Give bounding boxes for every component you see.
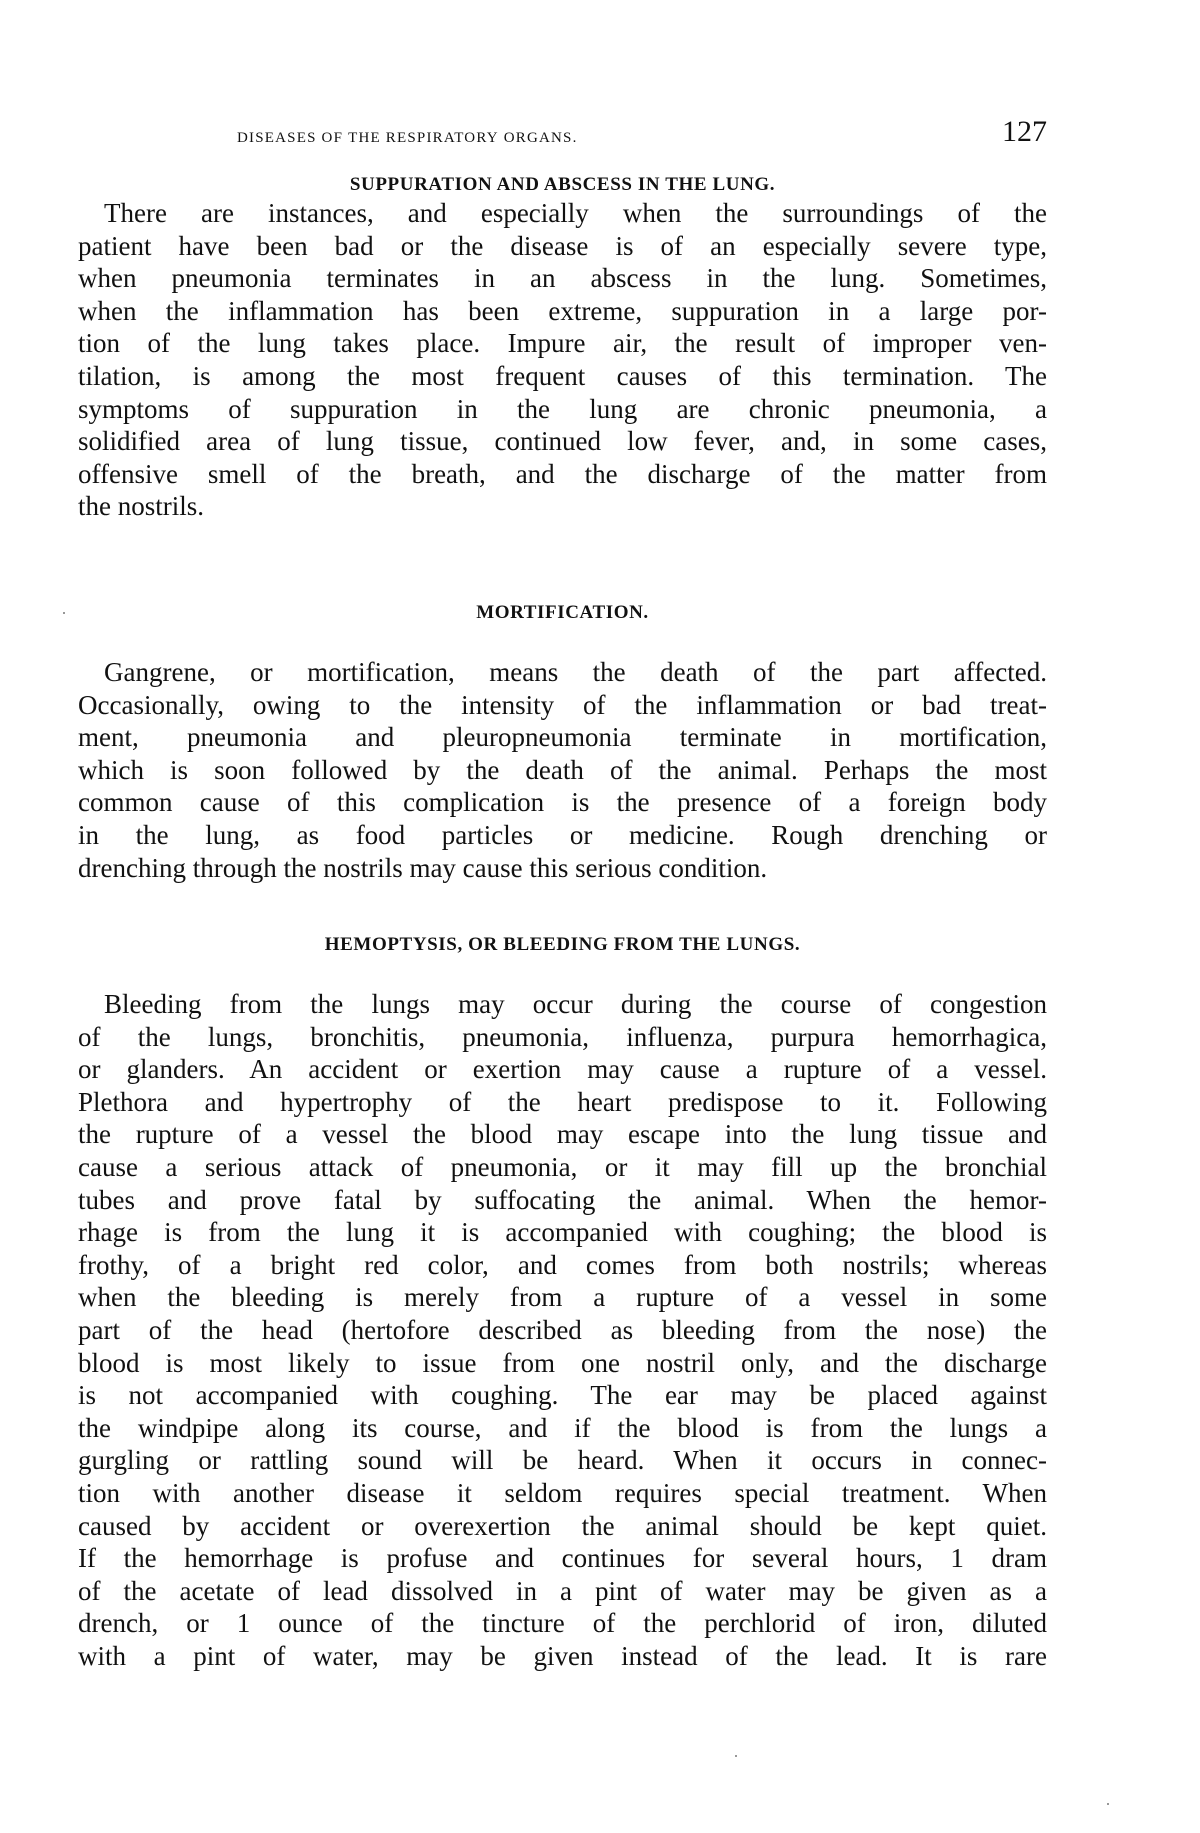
text-line: the windpipe along its course, and if th… — [78, 1412, 1047, 1445]
running-title: DISEASES OF THE RESPIRATORY ORGANS. — [237, 123, 578, 148]
paragraph-hemoptysis: Bleeding from the lungs may occur during… — [78, 988, 1047, 1672]
text-line: If the hemorrhage is profuse and continu… — [78, 1542, 1047, 1575]
text-line: Gangrene, or mortification, means the de… — [78, 656, 1047, 689]
text-line: in the lung, as food particles or medici… — [78, 819, 1047, 852]
text-line: drench, or 1 ounce of the tincture of th… — [78, 1607, 1047, 1640]
text-line: Occasionally, owing to the intensity of … — [78, 689, 1047, 722]
scan-speck — [1107, 1803, 1109, 1805]
text-line: tilation, is among the most frequent cau… — [78, 360, 1047, 393]
paragraph-mortification: Gangrene, or mortification, means the de… — [78, 656, 1047, 884]
text-line: There are instances, and especially when… — [78, 197, 1047, 230]
text-line: offensive smell of the breath, and the d… — [78, 458, 1047, 491]
text-line: when the inflammation has been extreme, … — [78, 295, 1047, 328]
text-line: tion with another disease it seldom requ… — [78, 1477, 1047, 1510]
text-line: patient have been bad or the disease is … — [78, 230, 1047, 263]
text-line: symptoms of suppuration in the lung are … — [78, 393, 1047, 426]
text-line: tion of the lung takes place. Impure air… — [78, 327, 1047, 360]
text-line: or glanders. An accident or exertion may… — [78, 1053, 1047, 1086]
text-line: when pneumonia terminates in an abscess … — [78, 262, 1047, 295]
text-line: gurgling or rattling sound will be heard… — [78, 1444, 1047, 1477]
text-line: blood is most likely to issue from one n… — [78, 1347, 1047, 1380]
text-line: with a pint of water, may be given inste… — [78, 1640, 1047, 1673]
text-line: of the lungs, bronchitis, pneumonia, inf… — [78, 1021, 1047, 1054]
text-line: caused by accident or overexertion the a… — [78, 1510, 1047, 1543]
text-line: common cause of this complication is the… — [78, 786, 1047, 819]
scan-speck — [735, 1755, 737, 1757]
text-line: solidified area of lung tissue, continue… — [78, 425, 1047, 458]
text-line: frothy, of a bright red color, and comes… — [78, 1249, 1047, 1282]
text-line: rhage is from the lung it is accompanied… — [78, 1216, 1047, 1249]
text-line: of the acetate of lead dissolved in a pi… — [78, 1575, 1047, 1608]
text-line: when the bleeding is merely from a ruptu… — [78, 1281, 1047, 1314]
scan-speck — [63, 612, 65, 614]
section-heading-hemoptysis: HEMOPTYSIS, OR BLEEDING FROM THE LUNGS. — [78, 934, 1047, 956]
text-line: part of the head (hertofore described as… — [78, 1314, 1047, 1347]
text-line: the rupture of a vessel the blood may es… — [78, 1118, 1047, 1151]
section-heading-mortification: MORTIFICATION. — [78, 602, 1047, 624]
text-line: which is soon followed by the death of t… — [78, 754, 1047, 787]
text-line: tubes and prove fatal by suffocating the… — [78, 1184, 1047, 1217]
paragraph-suppuration: There are instances, and especially when… — [78, 197, 1047, 523]
text-line: Bleeding from the lungs may occur during… — [78, 988, 1047, 1021]
text-line: Plethora and hypertrophy of the heart pr… — [78, 1086, 1047, 1119]
running-head: DISEASES OF THE RESPIRATORY ORGANS. 127 — [78, 119, 1047, 149]
text-line: is not accompanied with coughing. The ea… — [78, 1379, 1047, 1412]
text-line: drenching through the nostrils may cause… — [78, 852, 1047, 885]
section-heading-suppuration: SUPPURATION AND ABSCESS IN THE LUNG. — [78, 174, 1047, 196]
text-line: ment, pneumonia and pleuropneumonia term… — [78, 721, 1047, 754]
page-number: 127 — [1002, 115, 1047, 149]
text-line: the nostrils. — [78, 490, 1047, 523]
text-line: cause a serious attack of pneumonia, or … — [78, 1151, 1047, 1184]
